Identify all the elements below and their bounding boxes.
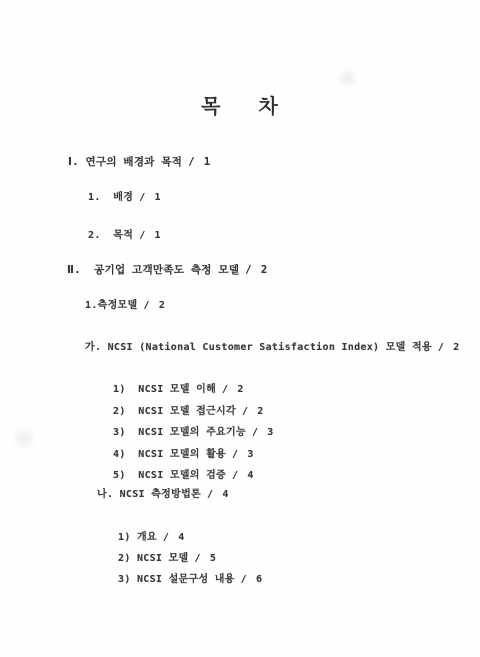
toc-entry-label: 2. 목적	[88, 230, 133, 241]
toc-entry: 4) NCSI 모델의 활용/3	[113, 449, 254, 460]
toc-entry: 나. NCSI 측정방법론/4	[97, 489, 229, 500]
toc-entry-page-number: 3	[247, 449, 253, 460]
toc-entry-label: 1. 배경	[88, 192, 133, 203]
toc-entry-label: 1.측정모델	[85, 300, 137, 311]
toc-entry-label: 2) NCSI 모델	[118, 553, 188, 564]
toc-entry-label: 1) 개요	[118, 532, 157, 543]
toc-entry: 1. 배경/1	[88, 192, 161, 203]
toc-entry: Ⅱ. 공기업 고객만족도 측정 모델/2	[67, 265, 268, 276]
toc-entry-label: Ⅱ. 공기업 고객만족도 측정 모델	[67, 264, 239, 276]
toc-entry-label: 3) NCSI 설문구성 내용	[118, 574, 235, 585]
toc-entry-label: 가. NCSI (National Customer Satisfaction …	[85, 342, 432, 353]
toc-entry-separator: /	[232, 449, 238, 460]
toc-entry-separator: /	[188, 157, 195, 168]
toc-entry-page-number: 2	[257, 406, 263, 417]
toc-entry-label: 1) NCSI 모델 이해	[113, 384, 216, 395]
toc-entry-page-number: 2	[237, 384, 243, 395]
toc-entry: 3) NCSI 모델의 주요기능/3	[113, 427, 274, 438]
toc-entry: 2. 목적/1	[88, 230, 161, 241]
toc-entry-page-number: 1	[155, 230, 161, 241]
toc-entry-label: 나. NCSI 측정방법론	[97, 489, 201, 500]
toc-entry-page-number: 2	[261, 264, 268, 276]
toc-entry-page-number: 1	[155, 192, 161, 203]
toc-entry: 3) NCSI 설문구성 내용/6	[118, 574, 262, 585]
toc-entry-page-number: 2	[159, 300, 165, 311]
toc-entry: Ⅰ. 연구의 배경과 목적/1	[68, 157, 211, 168]
toc-entry-separator: /	[438, 342, 444, 353]
toc-entry-separator: /	[143, 300, 149, 311]
toc-entry-separator: /	[242, 406, 248, 417]
toc-entry: 5) NCSI 모델의 검증/4	[113, 470, 254, 481]
toc-entry-label: 3) NCSI 모델의 주요기능	[113, 427, 246, 438]
toc-entry: 1) 개요/4	[118, 532, 185, 543]
scan-smudge	[336, 68, 358, 88]
toc-entry-separator: /	[139, 230, 145, 241]
toc-entry-label: 2) NCSI 모델 접근시각	[113, 406, 236, 417]
toc-entry-page-number: 6	[256, 574, 262, 585]
toc-entry: 가. NCSI (National Customer Satisfaction …	[85, 342, 460, 353]
toc-entry-page-number: 4	[247, 470, 253, 481]
document-page: 목 차 Ⅰ. 연구의 배경과 목적/11. 배경/12. 목적/1Ⅱ. 공기업 …	[0, 0, 480, 657]
toc-entry: 1) NCSI 모델 이해/2	[113, 384, 244, 395]
toc-entry-separator: /	[222, 384, 228, 395]
toc-entry-separator: /	[207, 489, 213, 500]
scan-smudge	[12, 428, 36, 450]
toc-entry-label: Ⅰ. 연구의 배경과 목적	[68, 156, 182, 168]
toc-entry-page-number: 3	[267, 427, 273, 438]
toc-entry-page-number: 4	[178, 532, 184, 543]
page-title: 목 차	[0, 90, 480, 119]
toc-entry-page-number: 1	[204, 156, 211, 168]
toc-entry-separator: /	[232, 470, 238, 481]
toc-entry: 1.측정모델/2	[85, 300, 165, 311]
toc-entry-separator: /	[194, 553, 200, 564]
toc-entry-separator: /	[139, 192, 145, 203]
toc-entry-page-number: 4	[222, 489, 228, 500]
toc-entry-separator: /	[252, 427, 258, 438]
toc-entry-page-number: 2	[453, 342, 459, 353]
toc-entry-page-number: 5	[210, 553, 216, 564]
toc-entry-label: 4) NCSI 모델의 활용	[113, 449, 226, 460]
toc-entry: 2) NCSI 모델/5	[118, 553, 216, 564]
toc-entry-separator: /	[245, 265, 252, 276]
toc-entry: 2) NCSI 모델 접근시각/2	[113, 406, 264, 417]
toc-entry-separator: /	[163, 532, 169, 543]
toc-entry-label: 5) NCSI 모델의 검증	[113, 470, 226, 481]
toc-entry-separator: /	[241, 574, 247, 585]
